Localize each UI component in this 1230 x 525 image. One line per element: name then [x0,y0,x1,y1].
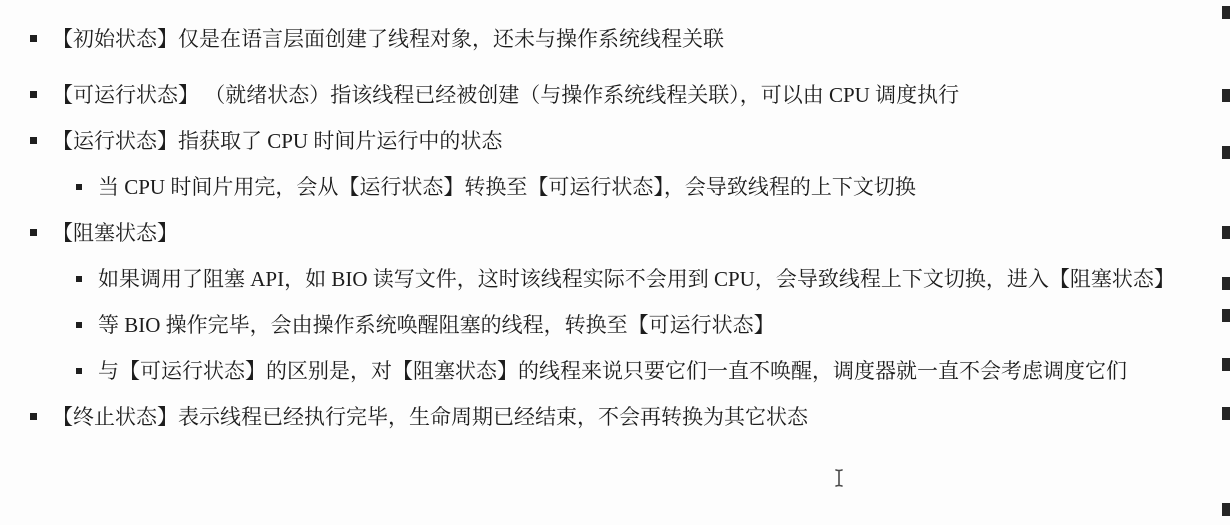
square-bullet-icon [30,35,37,42]
square-bullet-icon [30,413,37,420]
square-bullet-icon [76,368,82,374]
square-bullet-icon [30,229,37,236]
list-item-blocked-state: 【阻塞状态】 [28,214,1172,252]
square-bullet-icon [30,91,37,98]
list-item-text: 【可运行状态】 （就绪状态）指该线程已经被创建（与操作系统线程关联），可以由 C… [52,83,959,107]
list-item-terminated-state: 【终止状态】表示线程已经执行完毕，生命周期已经结束，不会再转换为其它状态 [28,398,1172,436]
list-item-running-state: 【运行状态】指获取了 CPU 时间片运行中的状态 [28,122,1172,160]
edge-clipped-artifact [1222,503,1230,516]
edge-clipped-artifact [1222,309,1230,322]
list-subitem-difference: 与【可运行状态】的区别是，对【阻塞状态】的线程来说只要它们一直不唤醒，调度器就一… [74,352,1172,390]
list-subitem-bio-finish: 等 BIO 操作完毕，会由操作系统唤醒阻塞的线程，转换至【可运行状态】 [74,306,1172,344]
ibeam-text-cursor-icon [833,468,845,488]
list-item-text: 等 BIO 操作完毕，会由操作系统唤醒阻塞的线程，转换至【可运行状态】 [98,313,775,337]
list-subitem-timeslice: 当 CPU 时间片用完，会从【运行状态】转换至【可运行状态】，会导致线程的上下文… [74,168,1172,206]
edge-clipped-artifact [1222,6,1230,19]
edge-clipped-artifact [1222,358,1230,371]
list-item-initial-state: 【初始状态】仅是在语言层面创建了线程对象，还未与操作系统线程关联 [28,20,1172,58]
square-bullet-icon [30,137,37,144]
list-item-text: 如果调用了阻塞 API，如 BIO 读写文件，这时该线程实际不会用到 CPU，会… [98,267,1175,291]
edge-clipped-artifact [1222,89,1230,102]
list-item-runnable-state: 【可运行状态】 （就绪状态）指该线程已经被创建（与操作系统线程关联），可以由 C… [28,76,1172,114]
list-subitem-blocking-api: 如果调用了阻塞 API，如 BIO 读写文件，这时该线程实际不会用到 CPU，会… [74,260,1172,298]
list-item-text: 【初始状态】仅是在语言层面创建了线程对象，还未与操作系统线程关联 [52,27,724,51]
list-item-text: 当 CPU 时间片用完，会从【运行状态】转换至【可运行状态】，会导致线程的上下文… [98,175,916,199]
list-item-text: 与【可运行状态】的区别是，对【阻塞状态】的线程来说只要它们一直不唤醒，调度器就一… [98,359,1127,383]
list-item-text: 【运行状态】指获取了 CPU 时间片运行中的状态 [52,129,502,153]
list-item-text: 【阻塞状态】 [52,221,178,245]
edge-clipped-artifact [1222,277,1230,290]
edge-clipped-artifact [1222,226,1230,239]
edge-clipped-artifact [1222,407,1230,420]
square-bullet-icon [76,322,82,328]
square-bullet-icon [76,276,82,282]
square-bullet-icon [76,184,82,190]
notes-document: 【初始状态】仅是在语言层面创建了线程对象，还未与操作系统线程关联 【可运行状态】… [0,0,1230,525]
edge-clipped-artifact [1222,146,1230,159]
list-item-text: 【终止状态】表示线程已经执行完毕，生命周期已经结束，不会再转换为其它状态 [52,405,808,429]
